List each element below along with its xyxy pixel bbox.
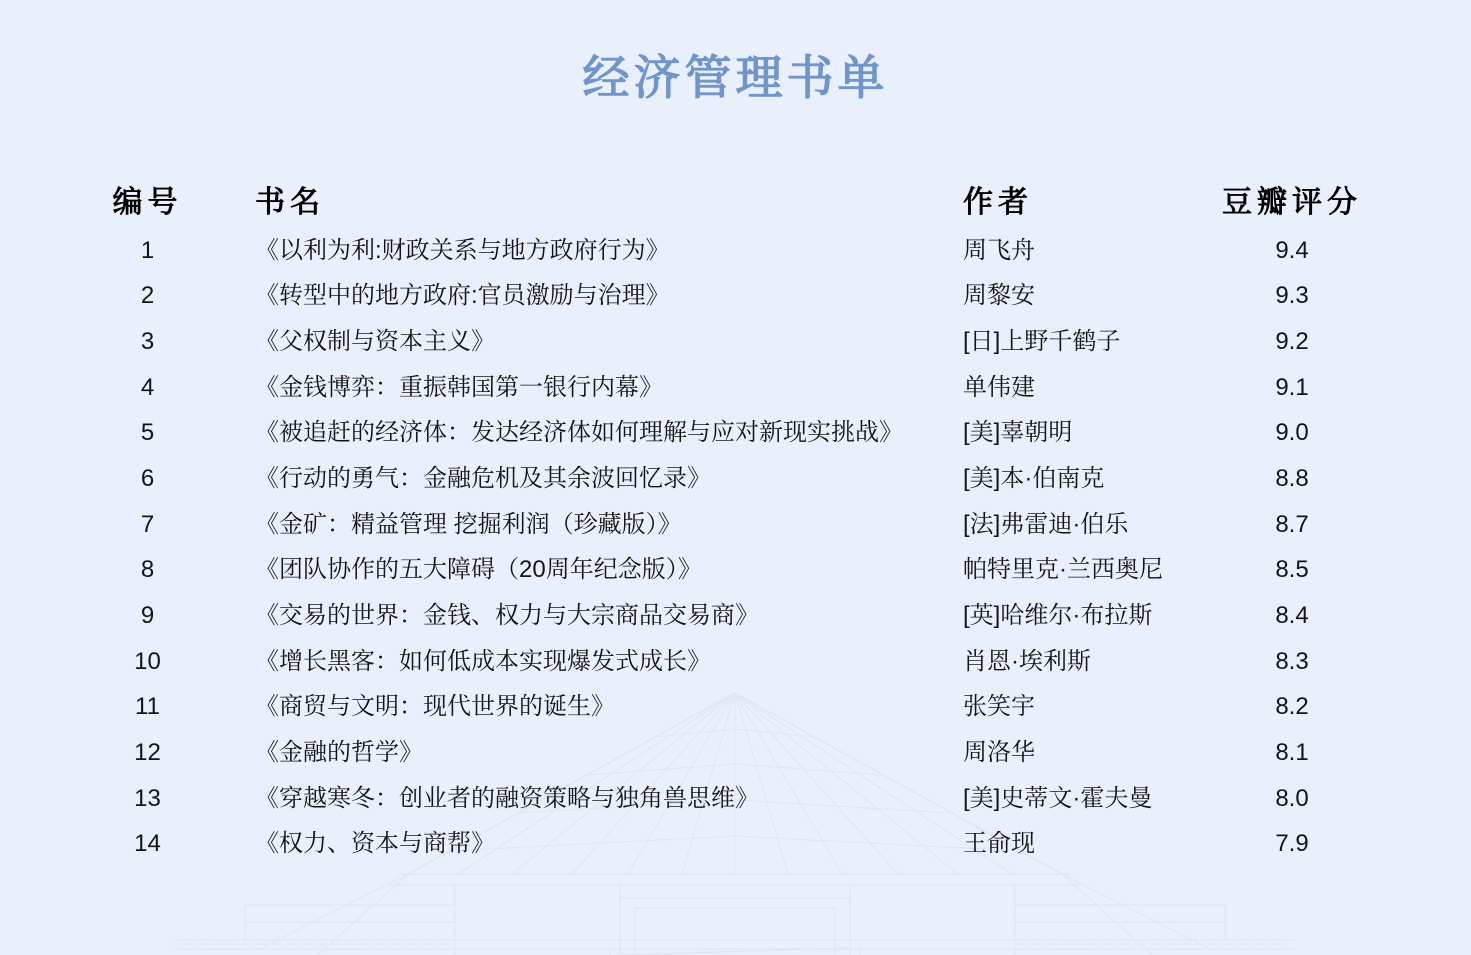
book-rating: 8.8: [1221, 467, 1363, 491]
book-no: 2: [0, 284, 255, 308]
book-rating: 9.2: [1221, 330, 1363, 354]
book-no: 3: [0, 330, 255, 354]
table-row: 14 《权力、资本与商帮》 王俞现 7.9: [0, 821, 1363, 867]
table-row: 4 《金钱博弈：重振韩国第一银行内幕》 单伟建 9.1: [0, 365, 1363, 411]
book-rating: 9.0: [1221, 421, 1363, 445]
book-title: 《交易的世界：金钱、权力与大宗商品交易商》: [255, 604, 963, 628]
header-rating: 豆瓣评分: [1221, 188, 1363, 218]
book-rating: 9.4: [1221, 239, 1363, 263]
book-title: 《金钱博弈：重振韩国第一银行内幕》: [255, 376, 963, 400]
header-title: 书名: [255, 188, 963, 218]
book-title: 《以利为利:财政关系与地方政府行为》: [255, 239, 963, 263]
page-title: 经济管理书单: [0, 48, 1471, 110]
book-rating: 7.9: [1221, 832, 1363, 856]
book-author: [美]史蒂文·霍夫曼: [963, 787, 1221, 811]
table-row: 6 《行动的勇气：金融危机及其余波回忆录》 [美]本·伯南克 8.8: [0, 456, 1363, 502]
book-rating: 8.0: [1221, 787, 1363, 811]
book-table: 编号 书名 作者 豆瓣评分 1 《以利为利:财政关系与地方政府行为》 周飞舟 9…: [0, 178, 1363, 867]
table-row: 9 《交易的世界：金钱、权力与大宗商品交易商》 [英]哈维尔·布拉斯 8.4: [0, 593, 1363, 639]
book-no: 1: [0, 239, 255, 263]
book-no: 4: [0, 376, 255, 400]
book-no: 6: [0, 467, 255, 491]
book-rating: 8.5: [1221, 558, 1363, 582]
book-rating: 9.1: [1221, 376, 1363, 400]
book-rating: 8.1: [1221, 741, 1363, 765]
book-author: 张笑宇: [963, 695, 1221, 719]
book-author: 帕特里克·兰西奥尼: [963, 558, 1221, 582]
book-author: 单伟建: [963, 376, 1221, 400]
table-row: 1 《以利为利:财政关系与地方政府行为》 周飞舟 9.4: [0, 228, 1363, 274]
book-rating: 8.2: [1221, 695, 1363, 719]
book-author: [美]辜朝明: [963, 421, 1221, 445]
table-header-row: 编号 书名 作者 豆瓣评分: [0, 178, 1363, 228]
book-author: [法]弗雷迪·伯乐: [963, 513, 1221, 537]
table-row: 10 《增长黑客：如何低成本实现爆发式成长》 肖恩·埃利斯 8.3: [0, 639, 1363, 685]
book-author: 周飞舟: [963, 239, 1221, 263]
book-title: 《父权制与资本主义》: [255, 330, 963, 354]
book-no: 11: [0, 695, 255, 719]
book-title: 《权力、资本与商帮》: [255, 832, 963, 856]
book-rating: 9.3: [1221, 284, 1363, 308]
book-table-body: 1 《以利为利:财政关系与地方政府行为》 周飞舟 9.4 2 《转型中的地方政府…: [0, 228, 1363, 867]
book-no: 8: [0, 558, 255, 582]
table-row: 7 《金矿：精益管理 挖掘利润（珍藏版）》 [法]弗雷迪·伯乐 8.7: [0, 502, 1363, 548]
book-title: 《金矿：精益管理 挖掘利润（珍藏版）》: [255, 513, 963, 537]
book-author: [日]上野千鹤子: [963, 330, 1221, 354]
book-author: 周黎安: [963, 284, 1221, 308]
book-author: [英]哈维尔·布拉斯: [963, 604, 1221, 628]
book-no: 9: [0, 604, 255, 628]
book-title: 《穿越寒冬：创业者的融资策略与独角兽思维》: [255, 787, 963, 811]
book-author: [美]本·伯南克: [963, 467, 1221, 491]
book-title: 《被追赶的经济体：发达经济体如何理解与应对新现实挑战》: [255, 421, 963, 445]
table-row: 2 《转型中的地方政府:官员激励与治理》 周黎安 9.3: [0, 274, 1363, 320]
header-author: 作者: [963, 188, 1221, 218]
book-title: 《团队协作的五大障碍（20周年纪念版）》: [255, 558, 963, 582]
book-no: 10: [0, 650, 255, 674]
book-no: 5: [0, 421, 255, 445]
book-no: 13: [0, 787, 255, 811]
book-rating: 8.7: [1221, 513, 1363, 537]
book-rating: 8.3: [1221, 650, 1363, 674]
book-no: 7: [0, 513, 255, 537]
table-row: 12 《金融的哲学》 周洛华 8.1: [0, 730, 1363, 776]
book-no: 14: [0, 832, 255, 856]
book-author: 王俞现: [963, 832, 1221, 856]
book-author: 肖恩·埃利斯: [963, 650, 1221, 674]
book-title: 《增长黑客：如何低成本实现爆发式成长》: [255, 650, 963, 674]
table-row: 13 《穿越寒冬：创业者的融资策略与独角兽思维》 [美]史蒂文·霍夫曼 8.0: [0, 776, 1363, 822]
book-author: 周洛华: [963, 741, 1221, 765]
book-title: 《行动的勇气：金融危机及其余波回忆录》: [255, 467, 963, 491]
book-title: 《转型中的地方政府:官员激励与治理》: [255, 284, 963, 308]
book-rating: 8.4: [1221, 604, 1363, 628]
table-row: 11 《商贸与文明：现代世界的诞生》 张笑宇 8.2: [0, 684, 1363, 730]
table-row: 8 《团队协作的五大障碍（20周年纪念版）》 帕特里克·兰西奥尼 8.5: [0, 547, 1363, 593]
book-title: 《金融的哲学》: [255, 741, 963, 765]
header-no: 编号: [0, 188, 255, 218]
book-no: 12: [0, 741, 255, 765]
table-row: 5 《被追赶的经济体：发达经济体如何理解与应对新现实挑战》 [美]辜朝明 9.0: [0, 411, 1363, 457]
book-title: 《商贸与文明：现代世界的诞生》: [255, 695, 963, 719]
table-row: 3 《父权制与资本主义》 [日]上野千鹤子 9.2: [0, 319, 1363, 365]
